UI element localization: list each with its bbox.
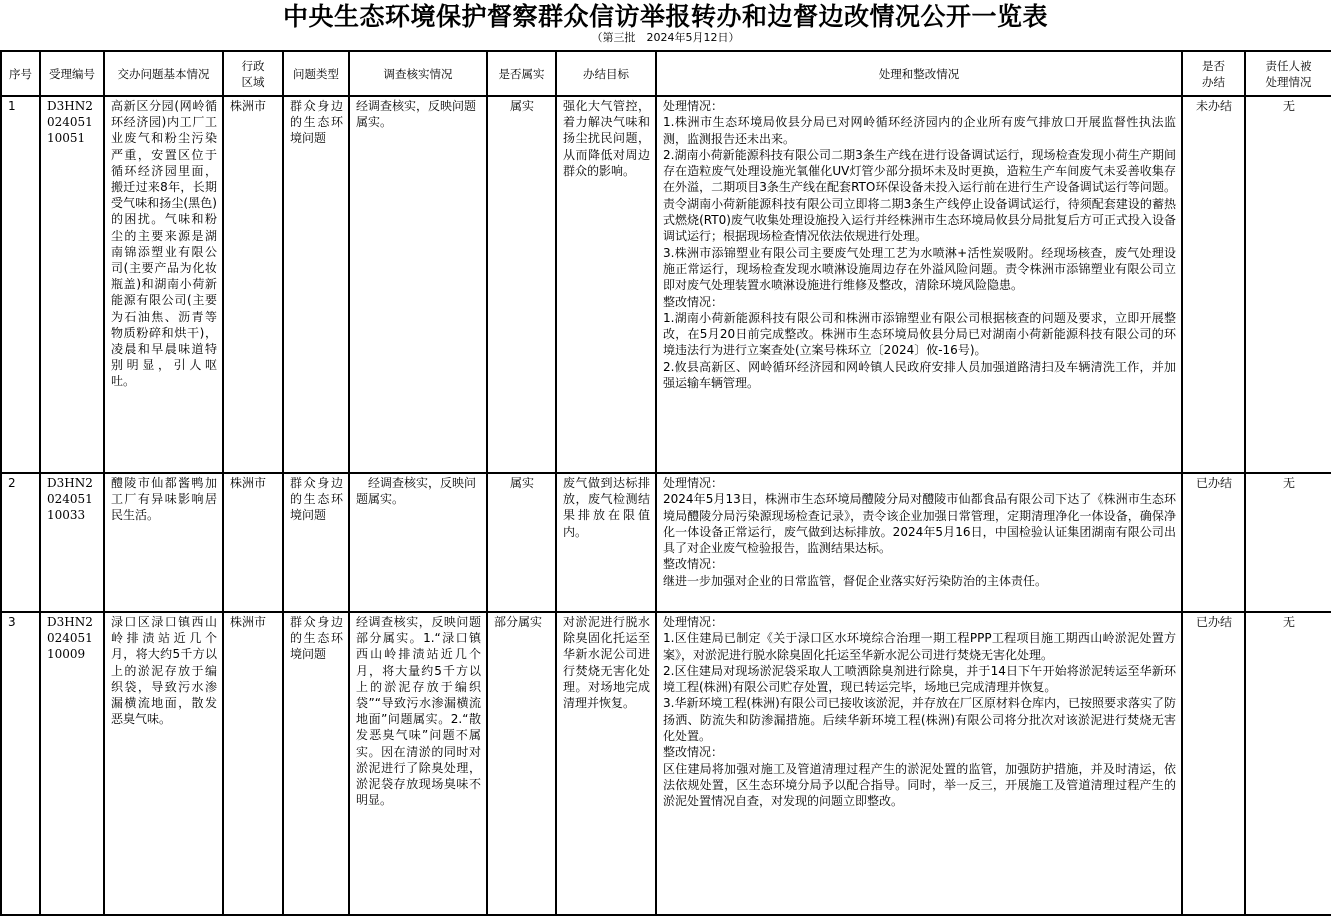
cell-target: 强化大气管控，着力解决气味和扬尘扰民问题，从而降低对周边群众的影响。: [556, 96, 656, 473]
cell-handling: 处理情况： 2024年5月13日，株洲市生态环境局醴陵分局对醴陵市仙都食品有限公…: [656, 473, 1182, 612]
handling-line: 1.株洲市生态环境局攸县分局已对网岭循环经济园内的企业所有废气排放口开展监督性执…: [663, 114, 1176, 147]
handling-line: 整改情况：: [663, 744, 1176, 760]
handling-line: 3.株洲市添锦塑业有限公司主要废气处理工艺为水喷淋+活性炭吸附。经现场核查，废气…: [663, 245, 1176, 294]
cell-region: 株洲市: [223, 96, 283, 473]
cell-issue: 高新区分园(网岭循环经济园)内工厂工业废气和粉尘污染严重，安置区位于循环经济园里…: [104, 96, 223, 473]
table-row: 2 D3HN202405110033 醴陵市仙都酱鸭加工厂有异味影响居民生活。 …: [1, 473, 1331, 612]
handling-line: 处理情况：: [663, 475, 1176, 491]
cell-case-no: D3HN202405110051: [40, 96, 104, 473]
header-type: 问题类型: [283, 51, 349, 96]
cell-verified: 属实: [487, 96, 556, 473]
cell-closed: 已办结: [1182, 612, 1245, 908]
cell-issue: 渌口区渌口镇西山岭排渍站近几个月，将大约5千方以上的淤泥存放于编织袋，导致污水渗…: [104, 612, 223, 908]
handling-line: 区住建局将加强对施工及管道清理过程产生的淤泥处置的监管，加强防护措施，并及时清运…: [663, 761, 1176, 810]
cell-case-no: D3HN202405110033: [40, 473, 104, 612]
cell-seq: 2: [1, 473, 40, 612]
handling-line: 整改情况：: [663, 294, 1176, 310]
cell-target: 对淤泥进行脱水除臭固化托运至华新水泥公司进行焚烧无害化处理。对场地完成清理并恢复…: [556, 612, 656, 908]
handling-line: 整改情况：: [663, 556, 1176, 572]
header-accountability: 责任人被处理情况: [1245, 51, 1331, 96]
header-region: 行政区域: [223, 51, 283, 96]
header-row: 序号 受理编号 交办问题基本情况 行政区域 问题类型 调查核实情况 是否属实 办…: [1, 51, 1331, 96]
handling-line: 2024年5月13日，株洲市生态环境局醴陵分局对醴陵市仙都食品有限公司下达了《株…: [663, 491, 1176, 556]
handling-line: 1.区住建局已制定《关于渌口区水环境综合治理一期工程PPP工程项目施工期西山岭淤…: [663, 630, 1176, 663]
cell-region: 株洲市: [223, 473, 283, 612]
cell-handling: 处理情况： 1.株洲市生态环境局攸县分局已对网岭循环经济园内的企业所有废气排放口…: [656, 96, 1182, 473]
complaints-table: 序号 受理编号 交办问题基本情况 行政区域 问题类型 调查核实情况 是否属实 办…: [0, 50, 1331, 908]
batch-date-subtitle: （第三批 2024年5月12日）: [0, 31, 1331, 45]
title-block: 中央生态环境保护督察群众信访举报转办和边督边改情况公开一览表 （第三批 2024…: [0, 0, 1331, 50]
cell-handling: 处理情况： 1.区住建局已制定《关于渌口区水环境综合治理一期工程PPP工程项目施…: [656, 612, 1182, 908]
handling-line: 2.区住建局对现场淤泥袋采取人工喷洒除臭剂进行除臭，并于14日下午开始将淤泥转运…: [663, 663, 1176, 696]
cell-type: 群众身边的生态环境问题: [283, 612, 349, 908]
cell-seq: 1: [1, 96, 40, 473]
cell-verified: 属实: [487, 473, 556, 612]
cell-closed: 已办结: [1182, 473, 1245, 612]
cell-type: 群众身边的生态环境问题: [283, 96, 349, 473]
cell-case-no: D3HN202405110009: [40, 612, 104, 908]
page-title: 中央生态环境保护督察群众信访举报转办和边督边改情况公开一览表: [0, 2, 1331, 32]
cell-investigation: 经调查核实，反映问题属实。: [349, 473, 487, 612]
cell-target: 废气做到达标排放，废气检测结果排放在限值内。: [556, 473, 656, 612]
cell-seq: 3: [1, 612, 40, 908]
handling-line: 3.华新环境工程(株洲)有限公司已接收该淤泥，并存放在厂区原材料仓库内，已按照要…: [663, 695, 1176, 744]
header-investigation: 调查核实情况: [349, 51, 487, 96]
header-case-no: 受理编号: [40, 51, 104, 96]
header-issue: 交办问题基本情况: [104, 51, 223, 96]
header-target: 办结目标: [556, 51, 656, 96]
cell-investigation: 经调查核实，反映问题部分属实。1.“渌口镇西山岭排渍站近几个月，将大量约5千方以…: [349, 612, 487, 908]
cell-type: 群众身边的生态环境问题: [283, 473, 349, 612]
cell-accountability: 无: [1245, 612, 1331, 908]
header-handling: 处理和整改情况: [656, 51, 1182, 96]
handling-line: 2.攸县高新区、网岭循环经济园和网岭镇人民政府安排人员加强道路清扫及车辆清洗工作…: [663, 359, 1176, 392]
table-row: 1 D3HN202405110051 高新区分园(网岭循环经济园)内工厂工业废气…: [1, 96, 1331, 473]
cell-closed: 未办结: [1182, 96, 1245, 473]
handling-line: 2.湖南小荷新能源科技有限公司二期3条生产线在进行设备调试运行，现场检查发现小荷…: [663, 147, 1176, 245]
header-closed: 是否办结: [1182, 51, 1245, 96]
handling-line: 处理情况：: [663, 614, 1176, 630]
cell-issue: 醴陵市仙都酱鸭加工厂有异味影响居民生活。: [104, 473, 223, 612]
cell-accountability: 无: [1245, 96, 1331, 473]
handling-line: 继进一步加强对企业的日常监管，督促企业落实好污染防治的主体责任。: [663, 573, 1176, 589]
cell-region: 株洲市: [223, 612, 283, 908]
header-seq: 序号: [1, 51, 40, 96]
handling-line: 处理情况：: [663, 98, 1176, 114]
cell-investigation: 经调查核实，反映问题属实。: [349, 96, 487, 473]
cell-accountability: 无: [1245, 473, 1331, 612]
handling-line: 1.湖南小荷新能源科技有限公司和株洲市添锦塑业有限公司根据核查的问题及要求，立即…: [663, 310, 1176, 359]
table-row: 3 D3HN202405110009 渌口区渌口镇西山岭排渍站近几个月，将大约5…: [1, 612, 1331, 908]
header-verified: 是否属实: [487, 51, 556, 96]
cell-verified: 部分属实: [487, 612, 556, 908]
